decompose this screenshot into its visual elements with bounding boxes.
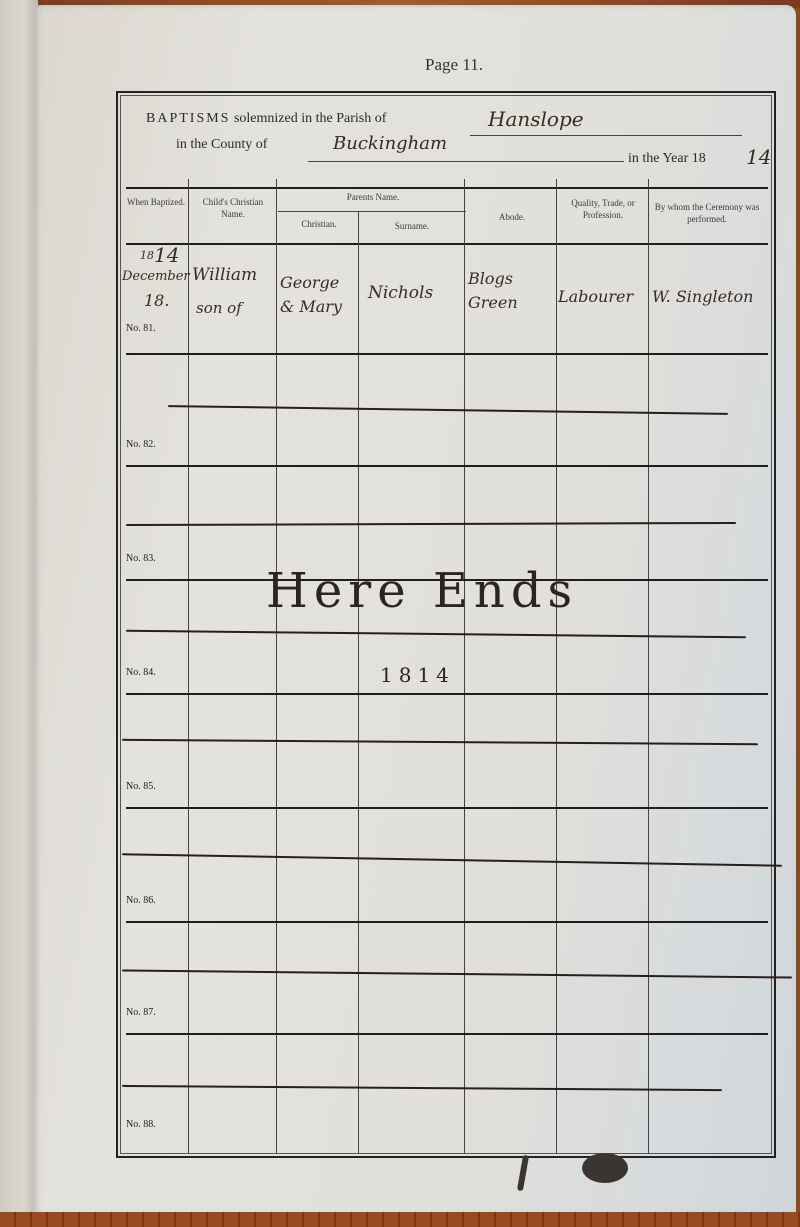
- row-number: No. 86.: [126, 895, 156, 906]
- entry-surname: Nichols: [368, 283, 433, 303]
- parish-value: Hanslope: [488, 107, 584, 131]
- row-number: No. 88.: [126, 1119, 156, 1130]
- col-child-name: Child's Christian Name.: [190, 196, 276, 220]
- header-rule: [126, 243, 768, 245]
- ink-stain: [582, 1153, 628, 1183]
- row-rule: [126, 921, 768, 923]
- entry-child-note: son of: [196, 299, 242, 317]
- heading-title: BAPTISMS: [146, 111, 230, 126]
- page-number: Page 11.: [34, 55, 800, 75]
- entry-parents-christian: George & Mary: [280, 271, 356, 319]
- register-page: Page 11. BAPTISMS solemnized in the Pari…: [34, 5, 796, 1215]
- col-parents-christian: Christian.: [280, 218, 358, 230]
- heading-parish-label: solemnized in the Parish of: [234, 111, 386, 126]
- row-number: No. 85.: [126, 781, 156, 792]
- col-parents-surname: Surname.: [360, 220, 464, 232]
- entry-day: 18.: [144, 291, 169, 310]
- strike-through-line: [126, 522, 736, 526]
- strike-through-line: [168, 405, 728, 414]
- register-heading: BAPTISMS solemnized in the Parish of Han…: [118, 93, 774, 189]
- col-trade: Quality, Trade, or Profession.: [558, 197, 648, 221]
- baptism-register-table: BAPTISMS solemnized in the Parish of Han…: [116, 91, 776, 1158]
- heading-line-parish: BAPTISMS solemnized in the Parish of: [146, 111, 386, 127]
- col-abode: Abode.: [468, 211, 556, 223]
- heading-rule: [126, 187, 768, 189]
- row-rule: [126, 693, 768, 695]
- year-value: 14: [746, 145, 771, 169]
- col-when-baptized: When Baptized.: [126, 196, 186, 208]
- closing-note-text: Here Ends: [266, 563, 578, 619]
- row-number: No. 84.: [126, 667, 156, 678]
- strike-through-line: [122, 969, 792, 978]
- parents-subrule: [278, 211, 466, 212]
- col-divider: [464, 179, 465, 1154]
- strike-through-line: [126, 630, 746, 638]
- entry-child-name: William: [192, 265, 257, 285]
- row-rule: [126, 353, 768, 355]
- ink-drip: [517, 1155, 529, 1191]
- strike-through-line: [122, 1085, 722, 1091]
- entry-month: December: [122, 269, 190, 284]
- row-rule: [126, 465, 768, 467]
- county-value: Buckingham: [333, 133, 447, 154]
- heading-county-label: in the County of: [176, 137, 267, 152]
- entry-abode: Blogs Green: [468, 267, 548, 315]
- entry-year: 14: [154, 243, 179, 267]
- col-divider: [276, 179, 277, 1154]
- col-divider: [188, 179, 189, 1154]
- col-divider: [648, 179, 649, 1154]
- col-by-whom: By whom the Ceremony was performed.: [652, 201, 762, 225]
- closing-note-year: 1814: [380, 663, 455, 687]
- col-divider: [556, 179, 557, 1154]
- desk-edge-bottom: [0, 1212, 800, 1227]
- row-rule: [126, 1033, 768, 1035]
- entry-number: No. 81.: [126, 323, 156, 334]
- entry-by-whom: W. Singleton: [652, 287, 753, 306]
- facing-page-edge: [0, 0, 38, 1227]
- entry-year-prefix: 18: [140, 249, 154, 262]
- strike-through-line: [122, 853, 782, 866]
- row-number: No. 83.: [126, 553, 156, 564]
- strike-through-line: [122, 739, 758, 745]
- row-rule: [126, 807, 768, 809]
- row-number: No. 87.: [126, 1007, 156, 1018]
- col-parents-name: Parents Name.: [280, 191, 466, 203]
- entry-trade: Labourer: [558, 287, 633, 306]
- heading-line-county: in the County of: [176, 137, 267, 153]
- row-number: No. 82.: [126, 439, 156, 450]
- heading-year-label: in the Year 18: [628, 151, 706, 167]
